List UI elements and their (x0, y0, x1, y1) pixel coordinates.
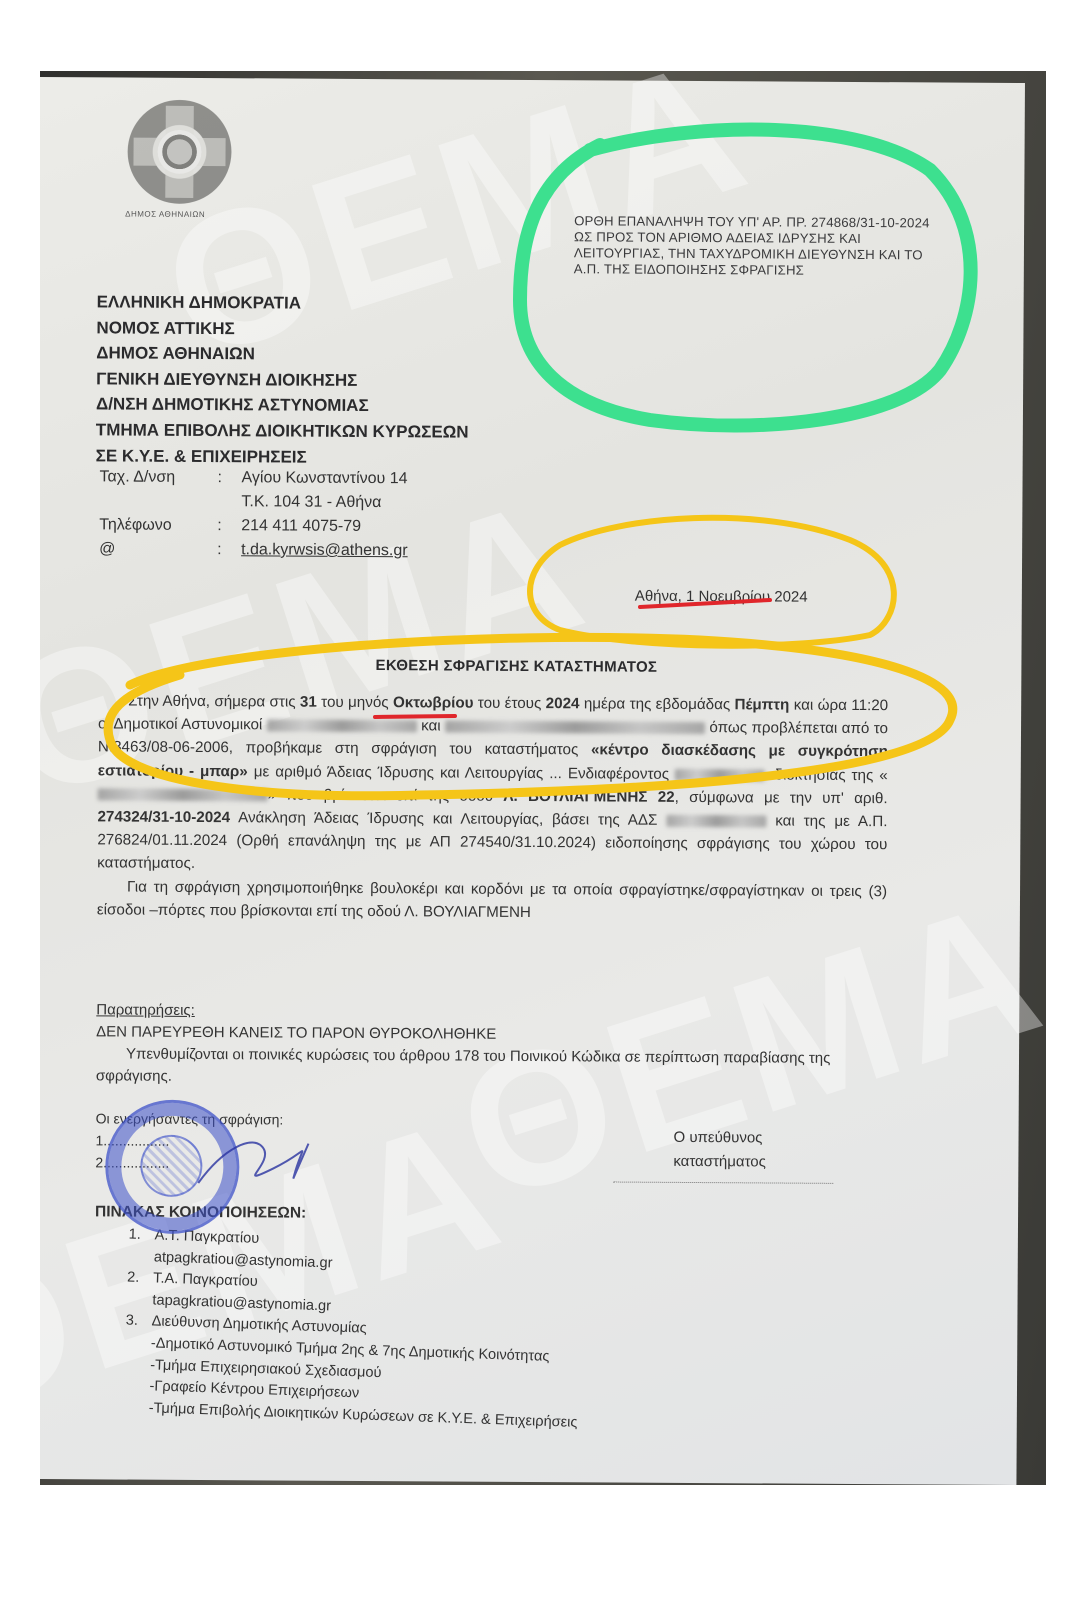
contact-block: Ταχ. Δ/νση:Αγίου Κωνσταντίνου 14 Τ.Κ. 10… (99, 465, 408, 563)
email-link[interactable]: t.da.kyrwsis@athens.gr (241, 538, 408, 563)
report-body: Στην Αθήνα, σήμερα στις 31 του μηνός Οκτ… (97, 689, 888, 926)
document-photo: ΘΕΜΑ ΘΕΜΑ ΘΕΜΑ ΘΕΜΑ ΔΗΜΟΣ ΑΘΗΝΑΙΩΝ ΕΛΛΗΝ… (40, 71, 1046, 1485)
org-line: ΝΟΜΟΣ ΑΤΤΙΚΗΣ (96, 315, 469, 343)
address-label: Ταχ. Δ/νση (99, 465, 217, 490)
redacted-license (675, 768, 765, 781)
crest-label: ΔΗΜΟΣ ΑΘΗΝΑΙΩΝ (125, 210, 205, 219)
correction-note: ΟΡΘΗ ΕΠΑΝΑΛΗΨΗ ΤΟΥ ΥΠ' ΑΡ. ΠΡ. 274868/31… (574, 213, 944, 279)
month: Οκτωβρίου (393, 694, 474, 711)
redacted-company (98, 788, 268, 801)
municipality-crest-icon (127, 100, 232, 205)
document-title: ΕΚΘΕΣΗ ΣΦΡΑΓΙΣΗΣ ΚΑΤΑΣΤΗΜΑΤΟΣ (40, 655, 996, 678)
weekday: Πέμπτη (735, 696, 790, 713)
owner-signature-block: Ο υπεύθυνος καταστήματος (673, 1126, 766, 1175)
day: 31 (300, 694, 317, 711)
redacted-ads (666, 815, 766, 828)
report-paragraph: Για τη σφράγιση χρησιμοποιήθηκε βουλοκέρ… (97, 875, 887, 926)
owner-label: Ο υπεύθυνος (673, 1126, 766, 1151)
owner-label: καταστήματος (673, 1150, 766, 1175)
cc-list: ΠΙΝΑΚΑΣ ΚΟΙΝΟΠΟΙΗΣΕΩΝ: 1.Α.Τ. Παγκρατίου… (94, 1201, 584, 1420)
redacted-name (445, 721, 705, 735)
address-line2: Τ.Κ. 104 31 - Αθήνα (241, 490, 381, 515)
org-line: ΔΗΜΟΣ ΑΘΗΝΑΙΩΝ (96, 341, 469, 369)
organization-header: ΕΛΛΗΝΙΚΗ ΔΗΜΟΚΡΑΤΙΑ ΝΟΜΟΣ ΑΤΤΙΚΗΣ ΔΗΜΟΣ … (96, 289, 470, 470)
org-line: ΤΜΗΜΑ ΕΠΙΒΟΛΗΣ ΔΙΟΙΚΗΤΙΚΩΝ ΚΥΡΩΣΕΩΝ (96, 417, 469, 445)
phone-number: 214 411 4075-79 (241, 514, 361, 539)
redacted-name (267, 720, 417, 733)
signature-line (613, 1182, 833, 1184)
signature-icon (193, 1128, 313, 1199)
report-paragraph: Στην Αθήνα, σήμερα στις 31 του μηνός Οκτ… (97, 689, 888, 879)
address-line1: Αγίου Κωνσταντίνου 14 (241, 466, 407, 491)
place-date: Αθήνα, 1 Νοεμβρίου 2024 (635, 588, 808, 606)
year: 2024 (546, 695, 580, 712)
org-line: Δ/ΝΣΗ ΔΗΜΟΤΙΚΗΣ ΑΣΤΥΝΟΜΙΑΣ (96, 392, 469, 420)
org-line: ΕΛΛΗΝΙΚΗ ΔΗΜΟΚΡΑΤΙΑ (97, 289, 470, 317)
email-label: @ (99, 537, 217, 562)
phone-label: Τηλέφωνο (99, 513, 217, 538)
revocation-ref: 274324/31-10-2024 (97, 808, 230, 826)
remarks-line: Υπενθυμίζονται οι ποινικές κυρώσεις του … (96, 1043, 886, 1092)
document-page: ΘΕΜΑ ΘΕΜΑ ΘΕΜΑ ΘΕΜΑ ΔΗΜΟΣ ΑΘΗΝΑΙΩΝ ΕΛΛΗΝ… (40, 77, 1025, 1485)
street: Λ. ΒΟΥΛΙΑΓΜΕΝΗΣ 22 (503, 788, 674, 806)
remarks-section: Παρατηρήσεις: ΔΕΝ ΠΑΡΕΥΡΕΘΗ ΚΑΝΕΙΣ ΤΟ ΠΑ… (96, 999, 887, 1092)
org-line: ΓΕΝΙΚΗ ΔΙΕΥΘΥΝΣΗ ΔΙΟΙΚΗΣΗΣ (96, 366, 469, 394)
